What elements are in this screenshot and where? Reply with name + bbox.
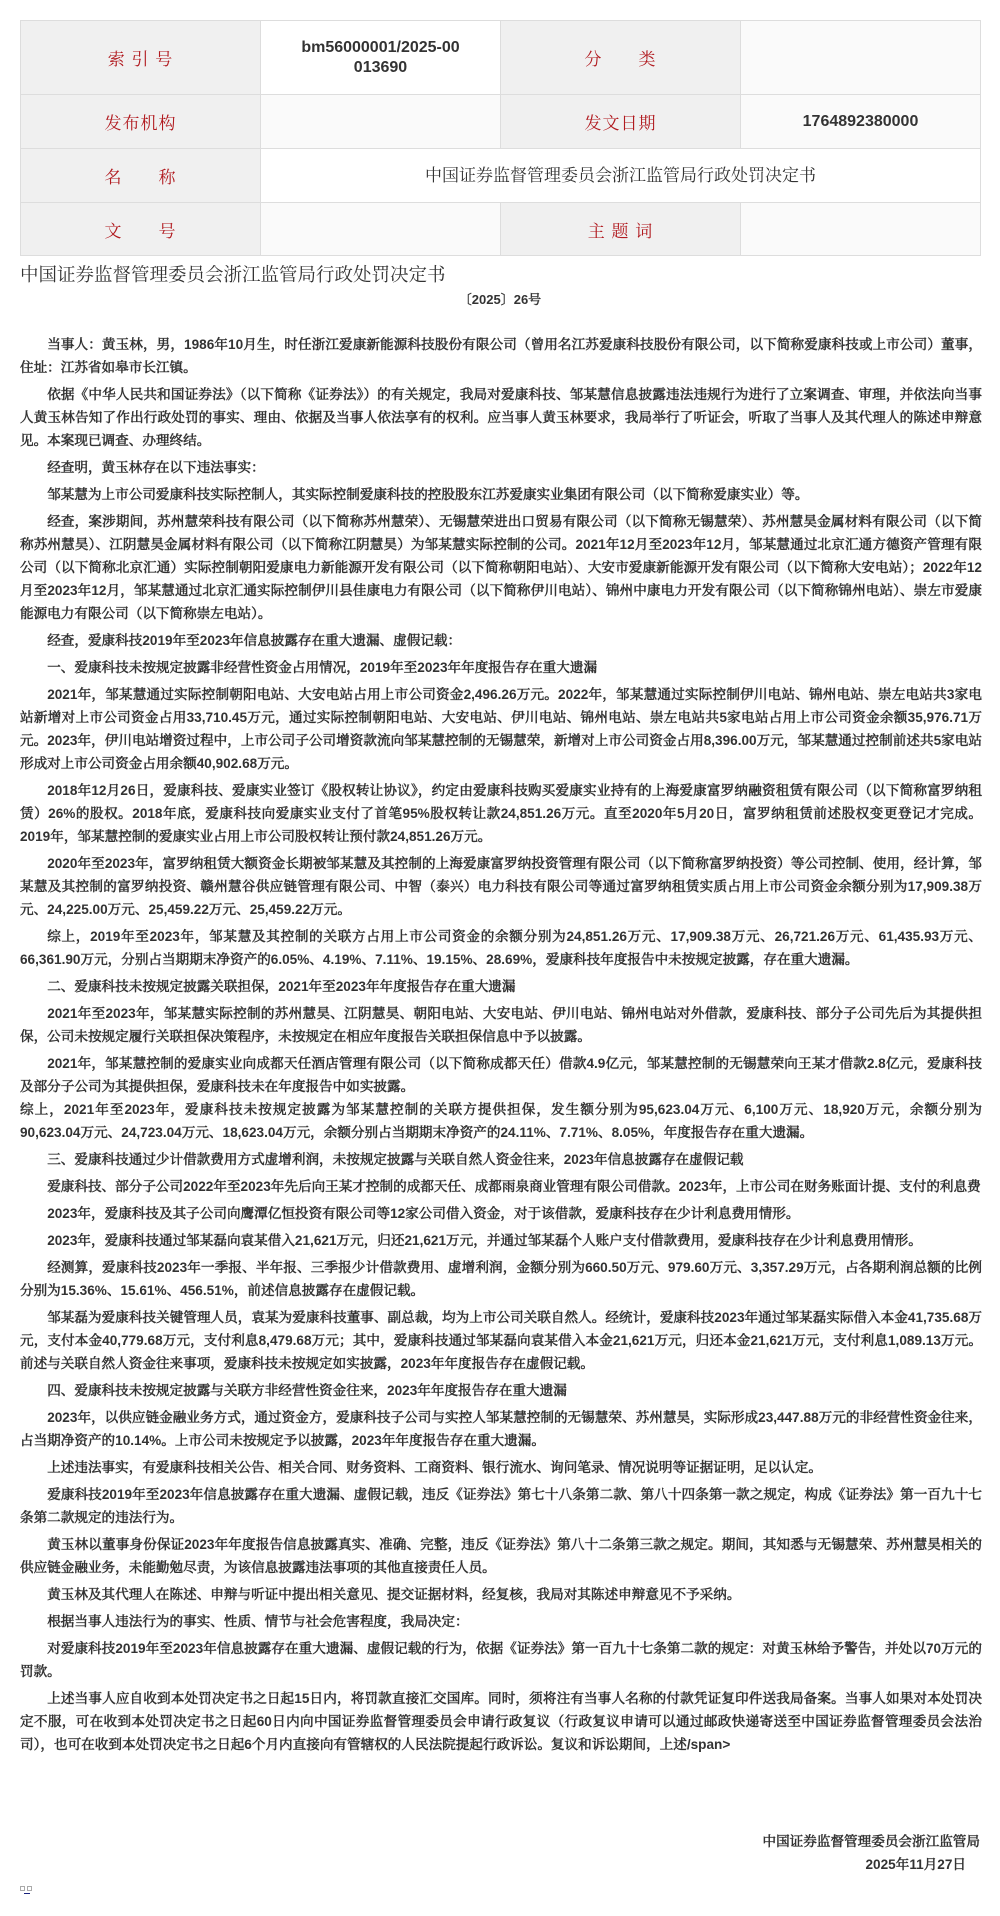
paragraph: 上述违法事实，有爱康科技相关公告、相关合同、财务资料、工商资料、银行流水、询问笔… <box>20 1456 982 1479</box>
date-value: 1764892380000 <box>741 95 981 149</box>
paragraph: 经查明，黄玉林存在以下违法事实： <box>20 456 982 479</box>
paragraph: 2021年，邹某慧通过实际控制朝阳电站、大安电站占用上市公司资金2,496.26… <box>20 683 982 775</box>
publisher-value <box>261 95 501 149</box>
date-label: 发文日期 <box>501 95 741 149</box>
index-value: bm56000001/2025-00013690 <box>261 21 501 95</box>
publisher-label: 发布机构 <box>21 95 261 149</box>
paragraph: 黄玉林以董事身份保证2023年年度报告信息披露真实、准确、完整，违反《证券法》第… <box>20 1533 982 1579</box>
signature-organization: 中国证券监督管理委员会浙江监管局 <box>763 1830 981 1853</box>
section-heading-3: 三、爱康科技通过少计借款费用方式虚增利润，未按规定披露与关联自然人资金往来，20… <box>20 1148 982 1171</box>
category-value <box>741 21 981 95</box>
paragraph: 黄玉林及其代理人在陈述、申辩与听证中提出相关意见、提交证据材料，经复核，我局对其… <box>20 1583 982 1606</box>
document-meta-table: 索 引 号 bm56000001/2025-00013690 分 类 发布机构 … <box>20 20 981 256</box>
paragraph: 2018年12月26日，爱康科技、爱康实业签订《股权转让协议》，约定由爱康科技购… <box>20 779 982 848</box>
paragraph: 2020年至2023年，富罗纳租赁大额资金长期被邹某慧及其控制的上海爱康富罗纳投… <box>20 852 982 921</box>
signature-date: 2025年11月27日 <box>763 1853 981 1876</box>
doc-no-value <box>261 203 501 256</box>
meta-row-name: 名 称 中国证券监督管理委员会浙江监管局行政处罚决定书 <box>21 149 981 203</box>
placeholder-box-icon <box>20 1886 25 1891</box>
paragraph: 综上，2021年至2023年，爱康科技未按规定披露为邹某慧控制的关联方提供担保，… <box>20 1098 982 1144</box>
name-label: 名 称 <box>21 149 261 203</box>
paragraph: 综上，2019年至2023年，邹某慧及其控制的关联方占用上市公司资金的余额分别为… <box>20 925 982 971</box>
paragraph: 爱康科技、部分子公司2022年至2023年先后向王某才控制的成都天任、成都雨泉商… <box>20 1175 982 1198</box>
keywords-value <box>741 203 981 256</box>
meta-row-docno: 文 号 主 题 词 <box>21 203 981 256</box>
paragraph: 当事人：黄玉林，男，1986年10月生，时任浙江爱康新能源科技股份有限公司（曾用… <box>20 333 982 379</box>
section-heading-1: 一、爱康科技未按规定披露非经营性资金占用情况，2019年至2023年年度报告存在… <box>20 656 982 679</box>
broken-image-icon <box>20 1886 34 1894</box>
signature-block: 中国证券监督管理委员会浙江监管局 2025年11月27日 <box>763 1830 981 1876</box>
paragraph: 2021年，邹某慧控制的爱康实业向成都天任酒店管理有限公司（以下简称成都天任）借… <box>20 1052 982 1098</box>
paragraph: 2021年至2023年，邹某慧实际控制的苏州慧昊、江阴慧昊、朝阳电站、大安电站、… <box>20 1002 982 1048</box>
section-heading-2: 二、爱康科技未按规定披露关联担保，2021年至2023年年度报告存在重大遗漏 <box>20 975 982 998</box>
index-label: 索 引 号 <box>21 21 261 95</box>
name-value: 中国证券监督管理委员会浙江监管局行政处罚决定书 <box>261 149 981 203</box>
meta-row-index: 索 引 号 bm56000001/2025-00013690 分 类 <box>21 21 981 95</box>
document-body: 当事人：黄玉林，男，1986年10月生，时任浙江爱康新能源科技股份有限公司（曾用… <box>20 333 982 1760</box>
paragraph: 2023年，爱康科技通过邹某磊向袁某借入21,621万元，归还21,621万元，… <box>20 1229 982 1252</box>
paragraph: 邹某慧为上市公司爱康科技实际控制人，其实际控制爱康科技的控股股东江苏爱康实业集团… <box>20 483 982 506</box>
document-number: 〔2025〕26号 <box>0 289 1000 308</box>
paragraph: 对爱康科技2019年至2023年信息披露存在重大遗漏、虚假记载的行为，依据《证券… <box>20 1637 982 1683</box>
paragraph: 2023年，以供应链金融业务方式，通过资金方，爱康科技子公司与实控人邹某慧控制的… <box>20 1406 982 1452</box>
paragraph: 2023年，爱康科技及其子公司向鹰潭亿恒投资有限公司等12家公司借入资金，对于该… <box>20 1202 982 1225</box>
meta-row-publisher: 发布机构 发文日期 1764892380000 <box>21 95 981 149</box>
category-label: 分 类 <box>501 21 741 95</box>
paragraph: 经查，案涉期间，苏州慧荣科技有限公司（以下简称苏州慧荣）、无锡慧荣进出口贸易有限… <box>20 510 982 625</box>
paragraph: 经测算，爱康科技2023年一季报、半年报、三季报少计借款费用、虚增利润，金额分别… <box>20 1256 982 1302</box>
paragraph: 邹某磊为爱康科技关键管理人员，袁某为爱康科技董事、副总裁，均为上市公司关联自然人… <box>20 1306 982 1375</box>
paragraph: 经查，爱康科技2019年至2023年信息披露存在重大遗漏、虚假记载： <box>20 629 982 652</box>
paragraph: 根据当事人违法行为的事实、性质、情节与社会危害程度，我局决定： <box>20 1610 982 1633</box>
paragraph: 爱康科技2019年至2023年信息披露存在重大遗漏、虚假记载，违反《证券法》第七… <box>20 1483 982 1529</box>
placeholder-box-icon <box>27 1886 32 1891</box>
document-title: 中国证券监督管理委员会浙江监管局行政处罚决定书 <box>20 261 446 287</box>
doc-no-label: 文 号 <box>21 203 261 256</box>
paragraph: 依据《中华人民共和国证券法》（以下简称《证券法》）的有关规定，我局对爱康科技、邹… <box>20 383 982 452</box>
section-heading-4: 四、爱康科技未按规定披露与关联方非经营性资金往来，2023年年度报告存在重大遗漏 <box>20 1379 982 1402</box>
paragraph: 上述当事人应自收到本处罚决定书之日起15日内，将罚款直接汇交国库。同时，须将注有… <box>20 1687 982 1756</box>
keywords-label: 主 题 词 <box>501 203 741 256</box>
